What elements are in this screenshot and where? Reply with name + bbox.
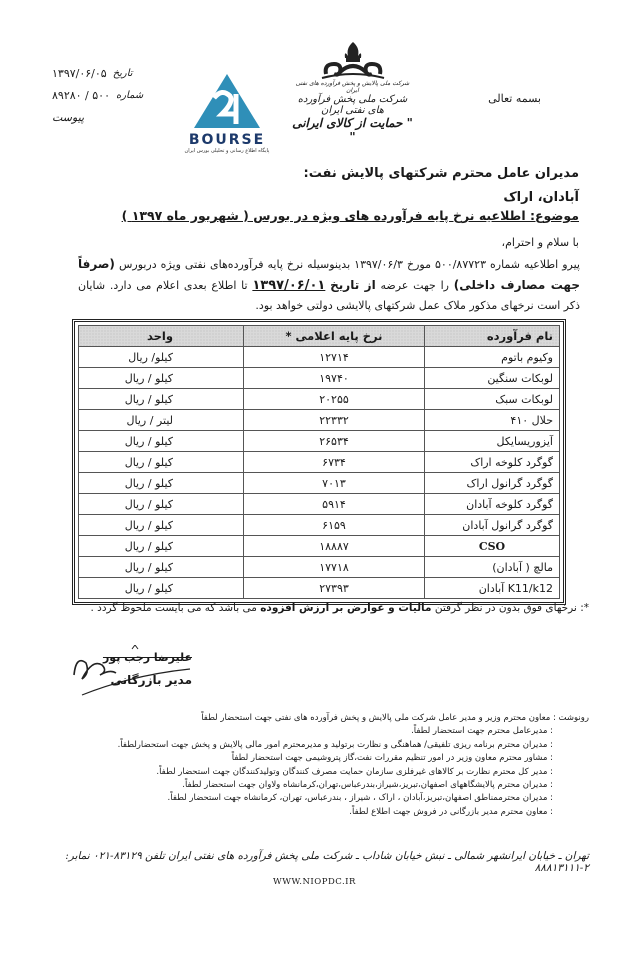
unit: کیلو / ریال xyxy=(79,368,244,389)
cc-item: رونوشت : معاون محترم وزیر و مدیر عامل شر… xyxy=(29,712,589,725)
niopdc-slogan: " حمایت از کالای ایرانی " xyxy=(290,116,415,144)
tax-footnote: *: نرخهای فوق بدون در نظر گرفتن مالیات و… xyxy=(91,602,590,614)
unit: کیلو / ریال xyxy=(79,389,244,410)
bourse-subtitle: پایگاه اطلاع رسانی و تحلیلی بورس ایران xyxy=(178,148,276,154)
product-name: لوبکات سبک xyxy=(425,389,560,410)
niopdc-company-name: شرکت ملی پخش فرآورده های نفتی ایران xyxy=(290,94,415,116)
table-row: گوگرد کلوخه آبادان۵۹۱۴کیلو / ریال xyxy=(79,494,560,515)
addressee: مدیران عامل محترم شرکتهای پالایش نفت: آب… xyxy=(304,166,579,214)
base-rate: ۱۷۷۱۸ xyxy=(244,557,425,578)
invocation-text: بسمه تعالی xyxy=(488,92,541,105)
bourse-wordmark: BOURSE xyxy=(178,132,276,148)
number-label: شماره xyxy=(116,90,143,101)
cc-list: رونوشت : معاون محترم وزیر و مدیر عامل شر… xyxy=(29,712,589,819)
table-row: گوگرد گرانول آبادان۶۱۵۹کیلو / ریال xyxy=(79,515,560,536)
table-row: گوگرد گرانول اراک۷۰۱۳کیلو / ریال xyxy=(79,473,560,494)
product-name: مالچ ( آبادان) xyxy=(425,557,560,578)
product-name: آیزوریسایکل xyxy=(425,431,560,452)
product-name: وکیوم باتوم xyxy=(425,347,560,368)
footnote-bold: مالیات و عوارض بر ارزش افزوده xyxy=(260,602,431,614)
footer-address: تهران ـ خیابان ایرانشهر شمالی ـ نبش خیاب… xyxy=(29,850,589,874)
unit: کیلو / ریال xyxy=(79,557,244,578)
table-row: مالچ ( آبادان)۱۷۷۱۸کیلو / ریال xyxy=(79,557,560,578)
header-product-name: نام فرآورده xyxy=(425,326,560,347)
body-part-2: را جهت عرضه xyxy=(376,279,454,292)
unit: کیلو / ریال xyxy=(79,494,244,515)
subject-line: موضوع: اطلاعیه نرخ پایه فرآورده های ویژه… xyxy=(122,208,579,223)
product-name: K11/k12 آبادان xyxy=(425,578,560,599)
product-name: CSO xyxy=(425,536,560,557)
letter-meta: تاریخ ۱۳۹۷/۰۶/۰۵ شماره ۵۰۰ / ۸۹۲۸۰ پیوست xyxy=(52,62,152,128)
table-row: لوبکات سنگین۱۹۷۴۰کیلو / ریال xyxy=(79,368,560,389)
unit: کیلو / ریال xyxy=(79,536,244,557)
number-value: ۵۰۰ / ۸۹۲۸۰ xyxy=(52,89,110,102)
niopdc-parent-text: شرکت ملی پالایش و پخش فرآورده های نفتی ا… xyxy=(290,80,415,94)
unit: کیلو / ریال xyxy=(79,452,244,473)
base-rate: ۱۹۷۴۰ xyxy=(244,368,425,389)
header-base-rate: نرخ پایه اعلامی * xyxy=(244,326,425,347)
footnote-suffix: می باشد که می بایست ملحوظ گردد . xyxy=(91,602,261,614)
signatory-name: علیرضا رجب پور xyxy=(103,651,192,664)
cc-item: : مدیران محترم برنامه ریزی تلفیقی/ هماهن… xyxy=(29,739,589,752)
table-row: حلال ۴۱۰۲۲۳۳۲لیتر / ریال xyxy=(79,410,560,431)
bourse-logo: BOURSE پایگاه اطلاع رسانی و تحلیلی بورس … xyxy=(178,72,276,152)
signatory-title: مدیر بازرگانی xyxy=(111,673,192,687)
footer-website[interactable]: WWW.NIOPDC.IR xyxy=(0,877,629,887)
body-effective-date: ۱۳۹۷/۰۶/۰۱ xyxy=(252,278,325,293)
cc-item: : مشاور محترم معاون وزیر در امور تنظیم م… xyxy=(29,752,589,765)
cc-item: : مدیرعامل محترم جهت استحضار لطفاً. xyxy=(29,725,589,738)
base-rate: ۲۷۳۹۳ xyxy=(244,578,425,599)
base-rate: ۱۲۷۱۴ xyxy=(244,347,425,368)
product-name: گوگرد گرانول آبادان xyxy=(425,515,560,536)
signature-block: علیرضا رجب پور مدیر بازرگانی xyxy=(72,645,192,705)
base-rate: ۲۶۵۳۴ xyxy=(244,431,425,452)
body-part-1: پیرو اطلاعیه شماره ۵۰۰/۸۷۷۲۳ مورخ ۱۳۹۷/۰… xyxy=(115,258,580,271)
product-name: حلال ۴۱۰ xyxy=(425,410,560,431)
body-paragraph: پیرو اطلاعیه شماره ۵۰۰/۸۷۷۲۳ مورخ ۱۳۹۷/۰… xyxy=(78,254,580,316)
table-row: وکیوم باتوم۱۲۷۱۴کیلو/ ریال xyxy=(79,347,560,368)
body-bold-from-date: از تاریخ xyxy=(330,278,376,292)
unit: کیلو / ریال xyxy=(79,515,244,536)
cc-item: : مدیر کل محترم نظارت بر کالاهای غیرفلزی… xyxy=(29,766,589,779)
base-rate: ۶۷۳۴ xyxy=(244,452,425,473)
product-name: گوگرد کلوخه اراک xyxy=(425,452,560,473)
bourse-triangle-icon xyxy=(192,72,262,130)
cc-item: : مدیران محترم پالایشگاههای اصفهان،تبریز… xyxy=(29,779,589,792)
date-value: ۱۳۹۷/۰۶/۰۵ xyxy=(52,67,107,80)
footnote-prefix: *: نرخهای فوق بدون در نظر گرفتن xyxy=(432,602,589,614)
table-header-row: نام فرآورده نرخ پایه اعلامی * واحد xyxy=(79,326,560,347)
table-row: گوگرد کلوخه اراک۶۷۳۴کیلو / ریال xyxy=(79,452,560,473)
product-name: گوگرد کلوخه آبادان xyxy=(425,494,560,515)
table-row: K11/k12 آبادان۲۷۳۹۳کیلو / ریال xyxy=(79,578,560,599)
unit: کیلو / ریال xyxy=(79,578,244,599)
table-row: لوبکات سبک۲۰۲۵۵کیلو / ریال xyxy=(79,389,560,410)
price-table-frame: نام فرآورده نرخ پایه اعلامی * واحد وکیوم… xyxy=(72,319,566,605)
date-label: تاریخ xyxy=(113,68,133,79)
table-row: آیزوریسایکل۲۶۵۳۴کیلو / ریال xyxy=(79,431,560,452)
greeting: با سلام و احترام، xyxy=(502,236,579,249)
cc-item: : مدیران محترممناطق اصفهان،تبریز،آبادان … xyxy=(29,792,589,805)
base-rate: ۵۹۱۴ xyxy=(244,494,425,515)
cc-item: : معاون محترم مدیر بازرگانی در فروش جهت … xyxy=(29,806,589,819)
product-name: گوگرد گرانول اراک xyxy=(425,473,560,494)
table-row: CSO۱۸۸۸۷کیلو / ریال xyxy=(79,536,560,557)
niopdc-flame-emblem-icon xyxy=(318,40,388,80)
unit: لیتر / ریال xyxy=(79,410,244,431)
header-unit: واحد xyxy=(79,326,244,347)
base-rate: ۷۰۱۳ xyxy=(244,473,425,494)
base-rate: ۱۸۸۸۷ xyxy=(244,536,425,557)
base-rate: ۶۱۵۹ xyxy=(244,515,425,536)
unit: کیلو / ریال xyxy=(79,473,244,494)
base-rate: ۲۰۲۵۵ xyxy=(244,389,425,410)
unit: کیلو / ریال xyxy=(79,431,244,452)
price-table: نام فرآورده نرخ پایه اعلامی * واحد وکیوم… xyxy=(78,325,560,599)
product-name: لوبکات سنگین xyxy=(425,368,560,389)
niopdc-logo: شرکت ملی پالایش و پخش فرآورده های نفتی ا… xyxy=(290,40,415,130)
base-rate: ۲۲۳۳۲ xyxy=(244,410,425,431)
addressee-line-1: مدیران عامل محترم شرکتهای پالایش نفت: xyxy=(304,166,579,190)
attachment-label: پیوست xyxy=(52,111,84,124)
unit: کیلو/ ریال xyxy=(79,347,244,368)
